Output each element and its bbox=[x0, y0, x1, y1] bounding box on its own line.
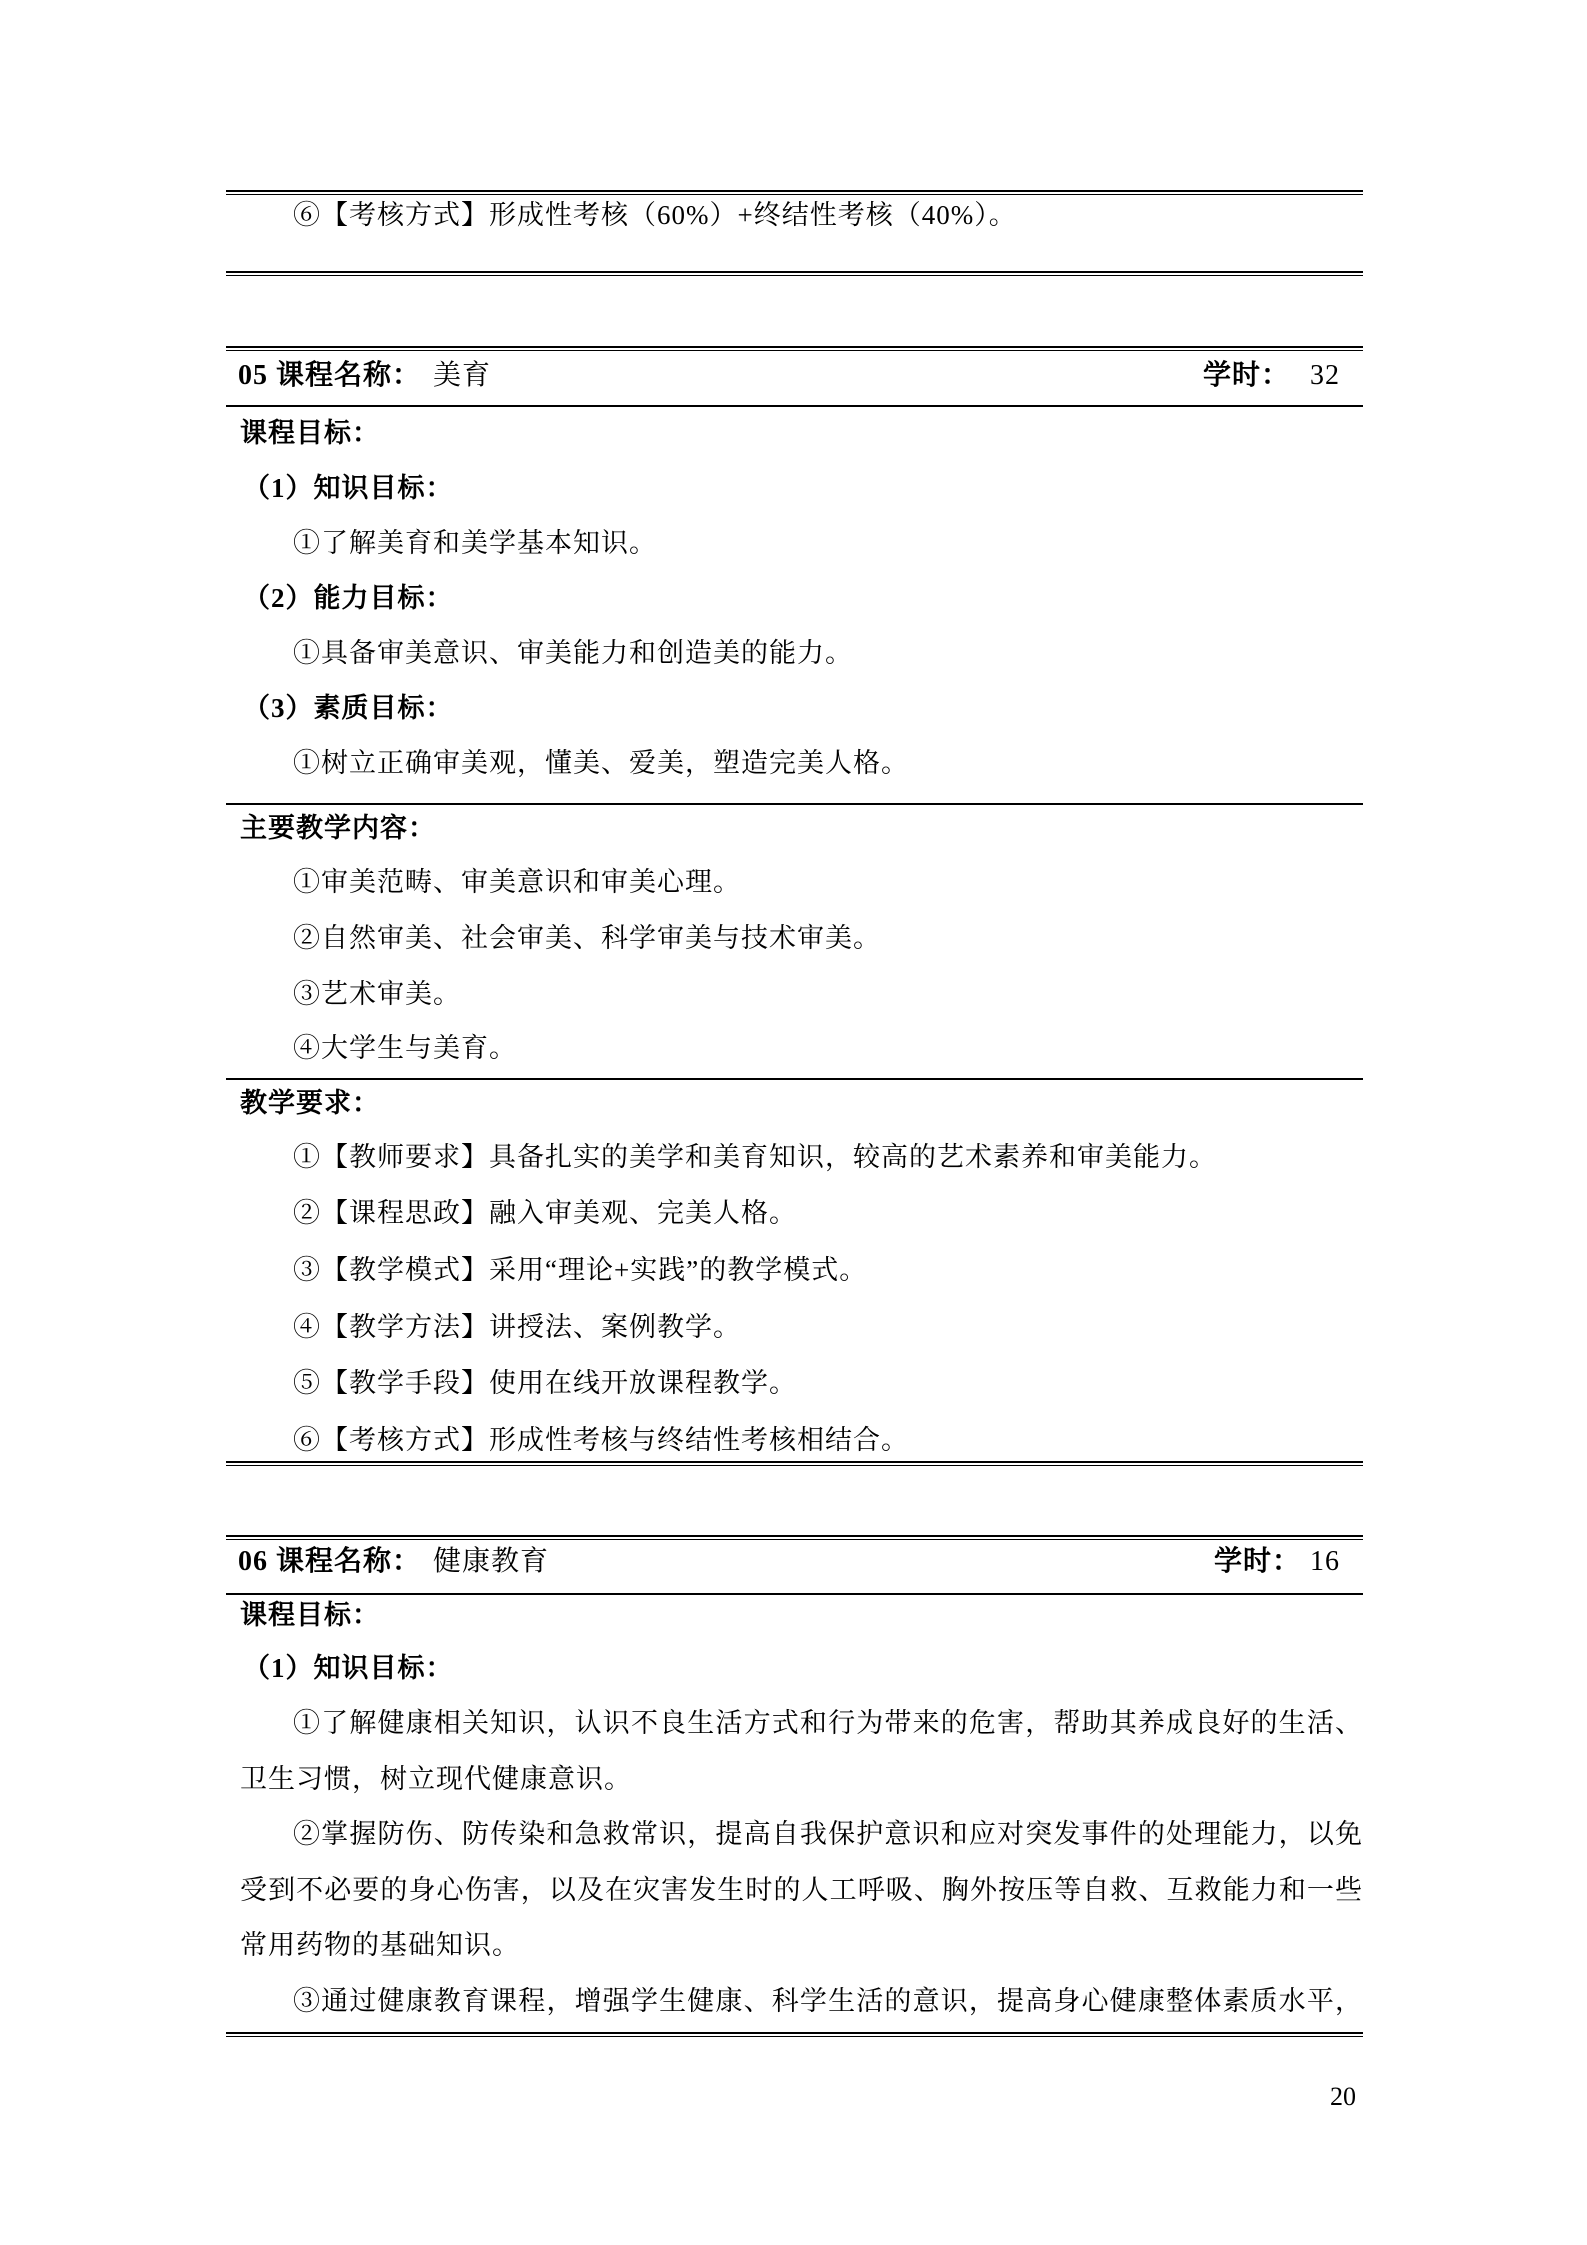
course05-content-item: ②自然审美、社会审美、科学审美与技术审美。 bbox=[293, 921, 881, 955]
course05-teaching-item: ⑥【考核方式】形成性考核与终结性考核相结合。 bbox=[293, 1423, 909, 1457]
divider-double-top bbox=[226, 190, 1363, 195]
course05-teaching-item: ④【教学方法】讲授法、案例教学。 bbox=[293, 1310, 741, 1344]
divider-double-course05-start bbox=[226, 346, 1363, 351]
course05-content-title: 主要教学内容： bbox=[240, 811, 436, 845]
course05-header: 05 课程名称：美育 bbox=[238, 359, 491, 393]
course06-para3-line1: ③通过健康教育课程，增强学生健康、科学生活的意识，提高身心健康整体素质水平， bbox=[293, 1984, 1363, 2018]
course05-goal3-title: （3）素质目标： bbox=[243, 691, 454, 725]
course05-goal2-title: （2）能力目标： bbox=[243, 581, 454, 615]
course05-hours-value: 32 bbox=[1310, 359, 1340, 393]
course05-content-item: ③艺术审美。 bbox=[293, 977, 461, 1011]
course06-para2-line2: 受到不必要的身心伤害，以及在灾害发生时的人工呼吸、胸外按压等自救、互救能力和一些 bbox=[240, 1873, 1363, 1907]
course06-para2-line3: 常用药物的基础知识。 bbox=[240, 1928, 520, 1962]
course05-goal1-title: （1）知识目标： bbox=[243, 471, 454, 505]
course05-goals-title: 课程目标： bbox=[240, 416, 380, 450]
divider-course06-header bbox=[226, 1593, 1363, 1595]
divider-double-course04-end bbox=[226, 271, 1363, 276]
assessment-line-course04: ⑥【考核方式】形成性考核（60%）+终结性考核（40%）。 bbox=[293, 198, 1017, 232]
course05-content-item: ④大学生与美育。 bbox=[293, 1031, 517, 1065]
course05-hours: 学时： 32 bbox=[1100, 359, 1340, 393]
course05-teaching-item: ①【教师要求】具备扎实的美学和美育知识，较高的艺术素养和审美能力。 bbox=[293, 1140, 1217, 1174]
course06-hours-value: 16 bbox=[1310, 1545, 1340, 1579]
course06-goals-title: 课程目标： bbox=[240, 1598, 380, 1632]
course05-goal3-item: ①树立正确审美观，懂美、爱美，塑造完美人格。 bbox=[293, 746, 909, 780]
course05-teaching-item: ⑤【教学手段】使用在线开放课程教学。 bbox=[293, 1366, 797, 1400]
divider-double-course06-start bbox=[226, 1535, 1363, 1540]
course05-title-label: 05 课程名称： bbox=[238, 360, 421, 391]
document-page: ⑥【考核方式】形成性考核（60%）+终结性考核（40%）。 05 课程名称：美育… bbox=[0, 0, 1587, 2245]
divider-course05-header bbox=[226, 405, 1363, 407]
course06-hours-label: 学时： bbox=[1214, 1545, 1301, 1579]
course06-goal1-title: （1）知识目标： bbox=[243, 1651, 454, 1685]
course05-goal2-item: ①具备审美意识、审美能力和创造美的能力。 bbox=[293, 636, 853, 670]
course06-para2-line1: ②掌握防伤、防传染和急救常识，提高自我保护意识和应对突发事件的处理能力，以免 bbox=[293, 1817, 1363, 1851]
course05-teaching-item: ②【课程思政】融入审美观、完美人格。 bbox=[293, 1196, 797, 1230]
divider-double-course06-cut bbox=[226, 2032, 1363, 2037]
divider-double-course05-end bbox=[226, 1461, 1363, 1466]
course06-header: 06 课程名称：健康教育 bbox=[238, 1545, 549, 1579]
course06-para1-line2: 卫生习惯，树立现代健康意识。 bbox=[240, 1762, 632, 1796]
course05-teaching-title: 教学要求： bbox=[240, 1086, 380, 1120]
divider-course05-content bbox=[226, 803, 1363, 805]
course06-hours: 学时： 16 bbox=[1100, 1545, 1340, 1579]
course05-hours-label: 学时： bbox=[1203, 359, 1290, 393]
page-number: 20 bbox=[1330, 2081, 1356, 2113]
course06-para1-line1: ①了解健康相关知识，认识不良生活方式和行为带来的危害，帮助其养成良好的生活、 bbox=[293, 1706, 1363, 1740]
course05-name: 美育 bbox=[433, 360, 491, 391]
divider-course05-teaching bbox=[226, 1078, 1363, 1080]
course05-goal1-item: ①了解美育和美学基本知识。 bbox=[293, 526, 657, 560]
course06-title-label: 06 课程名称： bbox=[238, 1546, 421, 1577]
course05-teaching-item: ③【教学模式】采用“理论+实践”的教学模式。 bbox=[293, 1253, 867, 1287]
course05-content-item: ①审美范畴、审美意识和审美心理。 bbox=[293, 865, 741, 899]
course06-name: 健康教育 bbox=[433, 1546, 549, 1577]
